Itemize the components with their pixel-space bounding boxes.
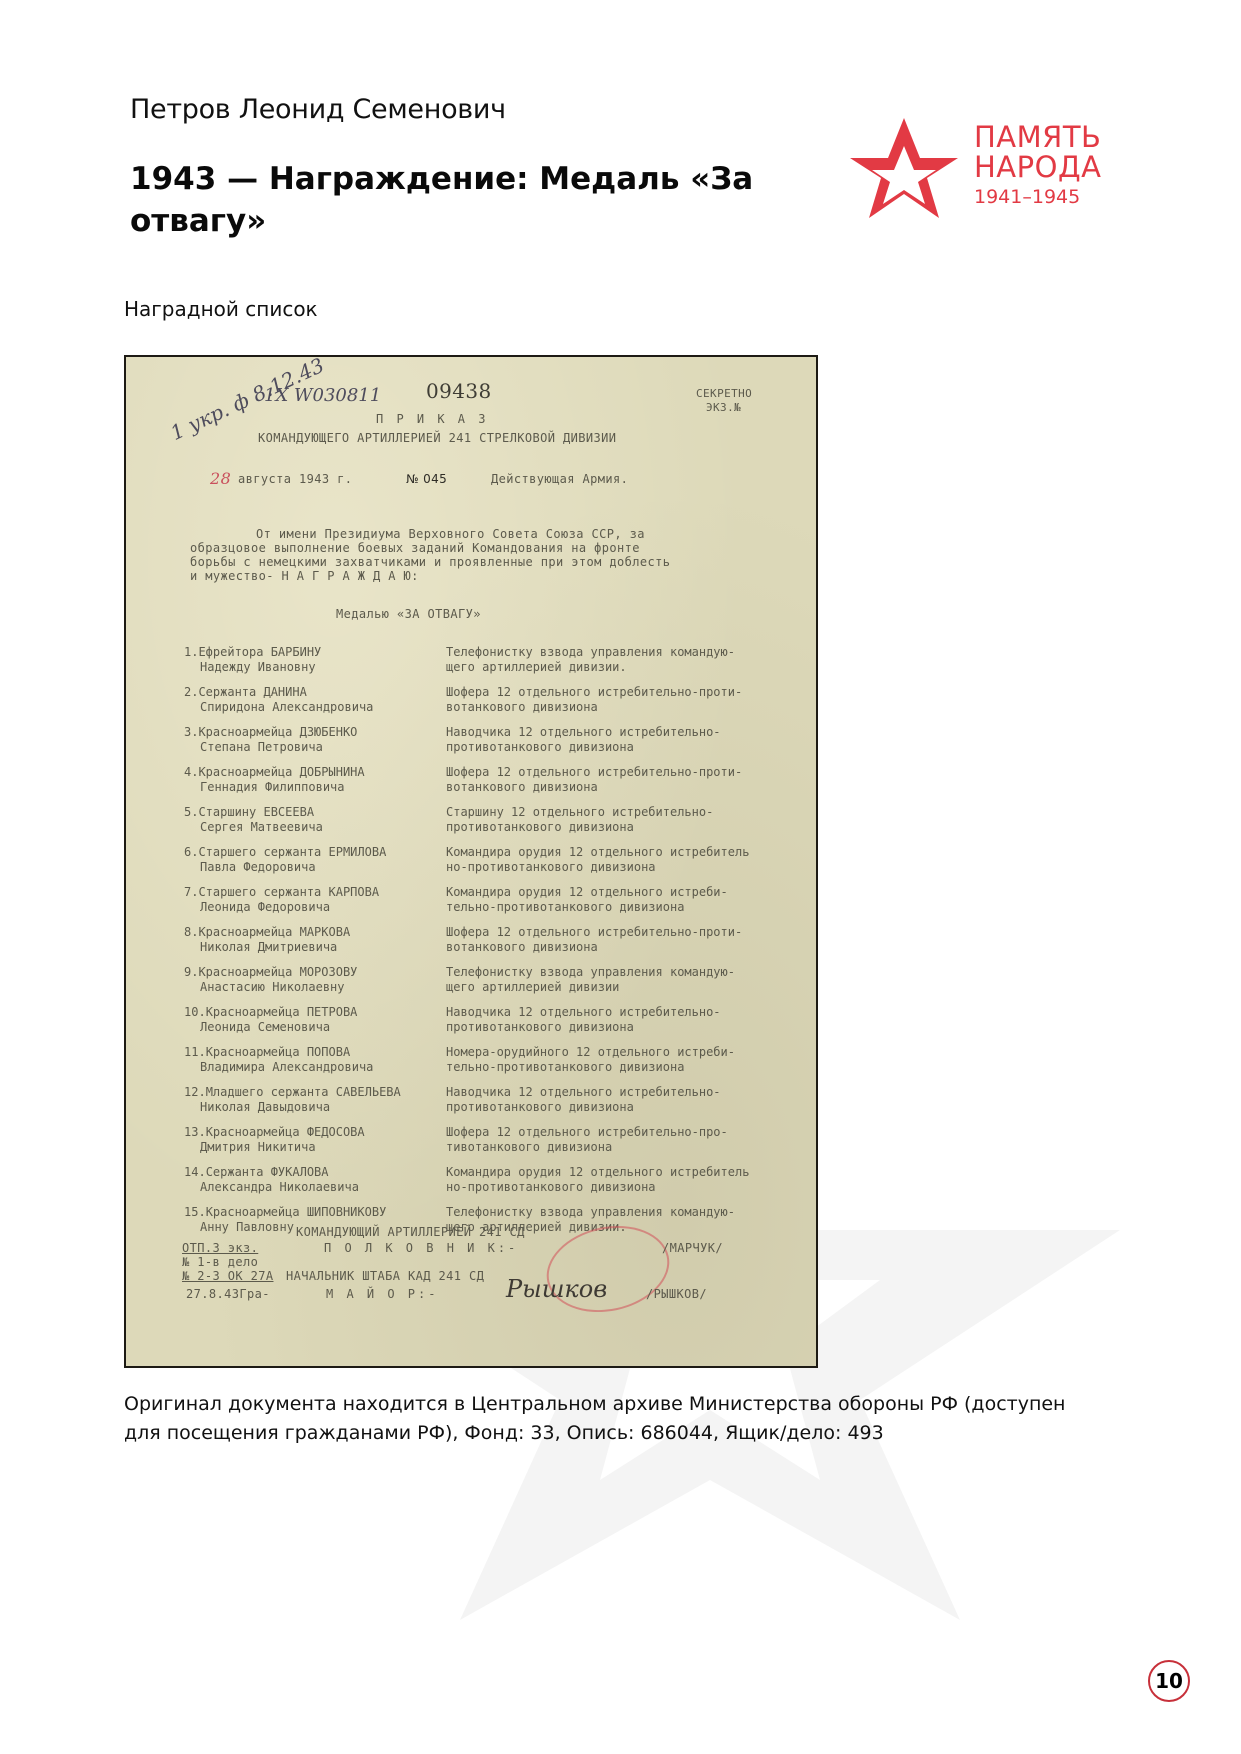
order-subtitle: КОМАНДУЮЩЕГО АРТИЛЛЕРИЕЙ 241 СТРЕЛКОВОЙ … [258,431,616,445]
awardee-name: 1.Ефрейтора БАРБИНУНадежду Ивановну [184,645,434,675]
awardee-row: 14.Сержанта ФУКАЛОВААлександра Николаеви… [184,1165,804,1205]
pamyat-naroda-logo: ПАМЯТЬ НАРОДА 1941–1945 [848,116,1128,221]
awardee-row: 5.Старшину ЕВСЕЕВАСергея МатвеевичаСтарш… [184,805,804,845]
awardee-position: Наводчика 12 отдельного истребительно-пр… [446,1085,806,1115]
awardee-name: 9.Красноармейца МОРОЗОВУАнастасию Никола… [184,965,434,995]
preamble-line: От имени Президиума Верховного Совета Со… [256,527,645,541]
awardee-name: 4.Красноармейца ДОБРЫНИНАГеннадия Филипп… [184,765,434,795]
awardee-row: 12.Младшего сержанта САВЕЛЬЕВАНиколая Да… [184,1085,804,1125]
awardee-row: 13.Красноармейца ФЕДОСОВАДмитрия Никитич… [184,1125,804,1165]
copy-mark: ЭКЗ.№ [706,401,741,414]
secret-mark: СЕКРЕТНО [696,387,752,400]
order-day: 28 [210,469,231,488]
awardee-position: Наводчика 12 отдельного истребительно-пр… [446,1005,806,1035]
awardee-position: Командира орудия 12 отдельного истребите… [446,845,806,875]
awardee-row: 2.Сержанта ДАНИНАСпиридона Александрович… [184,685,804,725]
awardee-row: 7.Старшего сержанта КАРПОВАЛеонида Федор… [184,885,804,925]
awardee-name: 12.Младшего сержанта САВЕЛЬЕВАНиколая Да… [184,1085,434,1115]
page-number: 10 [1148,1660,1190,1702]
chief-rank: М А Й О Р:- [326,1287,438,1301]
awardee-name: 8.Красноармейца МАРКОВАНиколая Дмитриеви… [184,925,434,955]
awardee-row: 6.Старшего сержанта ЕРМИЛОВАПавла Федоро… [184,845,804,885]
awardee-name: 11.Красноармейца ПОПОВАВладимира Алексан… [184,1045,434,1075]
awardee-name: 14.Сержанта ФУКАЛОВААлександра Николаеви… [184,1165,434,1195]
awardee-row: 1.Ефрейтора БАРБИНУНадежду ИвановнуТелеф… [184,645,804,685]
awardee-position: Шофера 12 отдельного истребительно-проти… [446,765,806,795]
awardee-position: Шофера 12 отдельного истребительно-про-т… [446,1125,806,1155]
preamble-line: и мужество- Н А Г Р А Ж Д А Ю: [190,569,419,583]
logo-years: 1941–1945 [974,184,1101,210]
award-document-scan: 1 укр. ф 8.12.43 1Х W030811 09438 СЕКРЕТ… [124,355,818,1368]
awardee-position: Старшину 12 отдельного истребительно-про… [446,805,806,835]
awardee-row: 4.Красноармейца ДОБРЫНИНАГеннадия Филипп… [184,765,804,805]
commander-name: /МАРЧУК/ [662,1241,723,1255]
awardee-name: 7.Старшего сержанта КАРПОВАЛеонида Федор… [184,885,434,915]
print-date: 27.8.43Гра- [186,1287,270,1301]
distribution-line: № 2-3 ОК 27А [182,1269,274,1283]
awardee-name: 2.Сержанта ДАНИНАСпиридона Александрович… [184,685,434,715]
section-label: Наградной список [124,297,318,321]
army: Действующая Армия. [491,472,628,486]
red-star-icon [848,116,960,220]
number-stamp: 09438 [426,379,492,403]
awardee-position: Шофера 12 отдельного истребительно-проти… [446,925,806,955]
awardee-position: Наводчика 12 отдельного истребительно-пр… [446,725,806,755]
awardee-row: 11.Красноармейца ПОПОВАВладимира Алексан… [184,1045,804,1085]
chief-name: /РЫШКОВ/ [646,1287,707,1301]
awardee-row: 3.Красноармейца ДЗЮБЕНКОСтепана Петрович… [184,725,804,765]
distribution-line: ОТП.3 экз. [182,1241,258,1255]
page-title: 1943 — Награждение: Медаль «За отвагу» [130,158,790,242]
awardee-name: 5.Старшину ЕВСЕЕВАСергея Матвеевича [184,805,434,835]
distribution-line: № 1-в дело [182,1255,258,1269]
awardee-name: 13.Красноармейца ФЕДОСОВАДмитрия Никитич… [184,1125,434,1155]
awardee-position: Телефонистку взвода управления командую-… [446,645,806,675]
awardee-row: 9.Красноармейца МОРОЗОВУАнастасию Никола… [184,965,804,1005]
awardee-list: 1.Ефрейтора БАРБИНУНадежду ИвановнуТелеф… [184,645,804,1245]
awardee-row: 10.Красноармейца ПЕТРОВАЛеонида Семенови… [184,1005,804,1045]
awardee-row: 8.Красноармейца МАРКОВАНиколая Дмитриеви… [184,925,804,965]
chief-title: НАЧАЛЬНИК ШТАБА КАД 241 СД [286,1269,484,1283]
archive-code: 1Х W030811 [264,385,381,406]
awardee-position: Шофера 12 отдельного истребительно-проти… [446,685,806,715]
commander-rank: П О Л К О В Н И К:- [324,1241,518,1255]
order-date: августа 1943 г. [238,472,352,486]
logo-line2: НАРОДА [974,152,1101,182]
preamble-line: образцовое выполнение боевых заданий Ком… [190,541,640,555]
logo-line1: ПАМЯТЬ [974,122,1101,152]
commander-title: КОМАНДУЮЩИЙ АРТИЛЛЕРИЕЙ 241 СД [296,1225,525,1239]
archive-caption: Оригинал документа находится в Центральн… [124,1390,1104,1448]
awardee-position: Командира орудия 12 отдельного истреби-т… [446,885,806,915]
order-number: № 045 [406,472,447,486]
awardee-name: 10.Красноармейца ПЕТРОВАЛеонида Семенови… [184,1005,434,1035]
awardee-position: Командира орудия 12 отдельного истребите… [446,1165,806,1195]
order-title: П Р И К А З [376,412,488,426]
medal-heading: Медалью «ЗА ОТВАГУ» [336,607,481,621]
person-name: Петров Леонид Семенович [130,94,506,125]
awardee-position: Телефонистку взвода управления командую-… [446,965,806,995]
chief-signature: Рышков [506,1275,607,1303]
awardee-position: Номера-орудийного 12 отдельного истреби-… [446,1045,806,1075]
awardee-name: 6.Старшего сержанта ЕРМИЛОВАПавла Федоро… [184,845,434,875]
awardee-name: 3.Красноармейца ДЗЮБЕНКОСтепана Петрович… [184,725,434,755]
preamble-line: борьбы с немецкими захватчиками и проявл… [190,555,670,569]
